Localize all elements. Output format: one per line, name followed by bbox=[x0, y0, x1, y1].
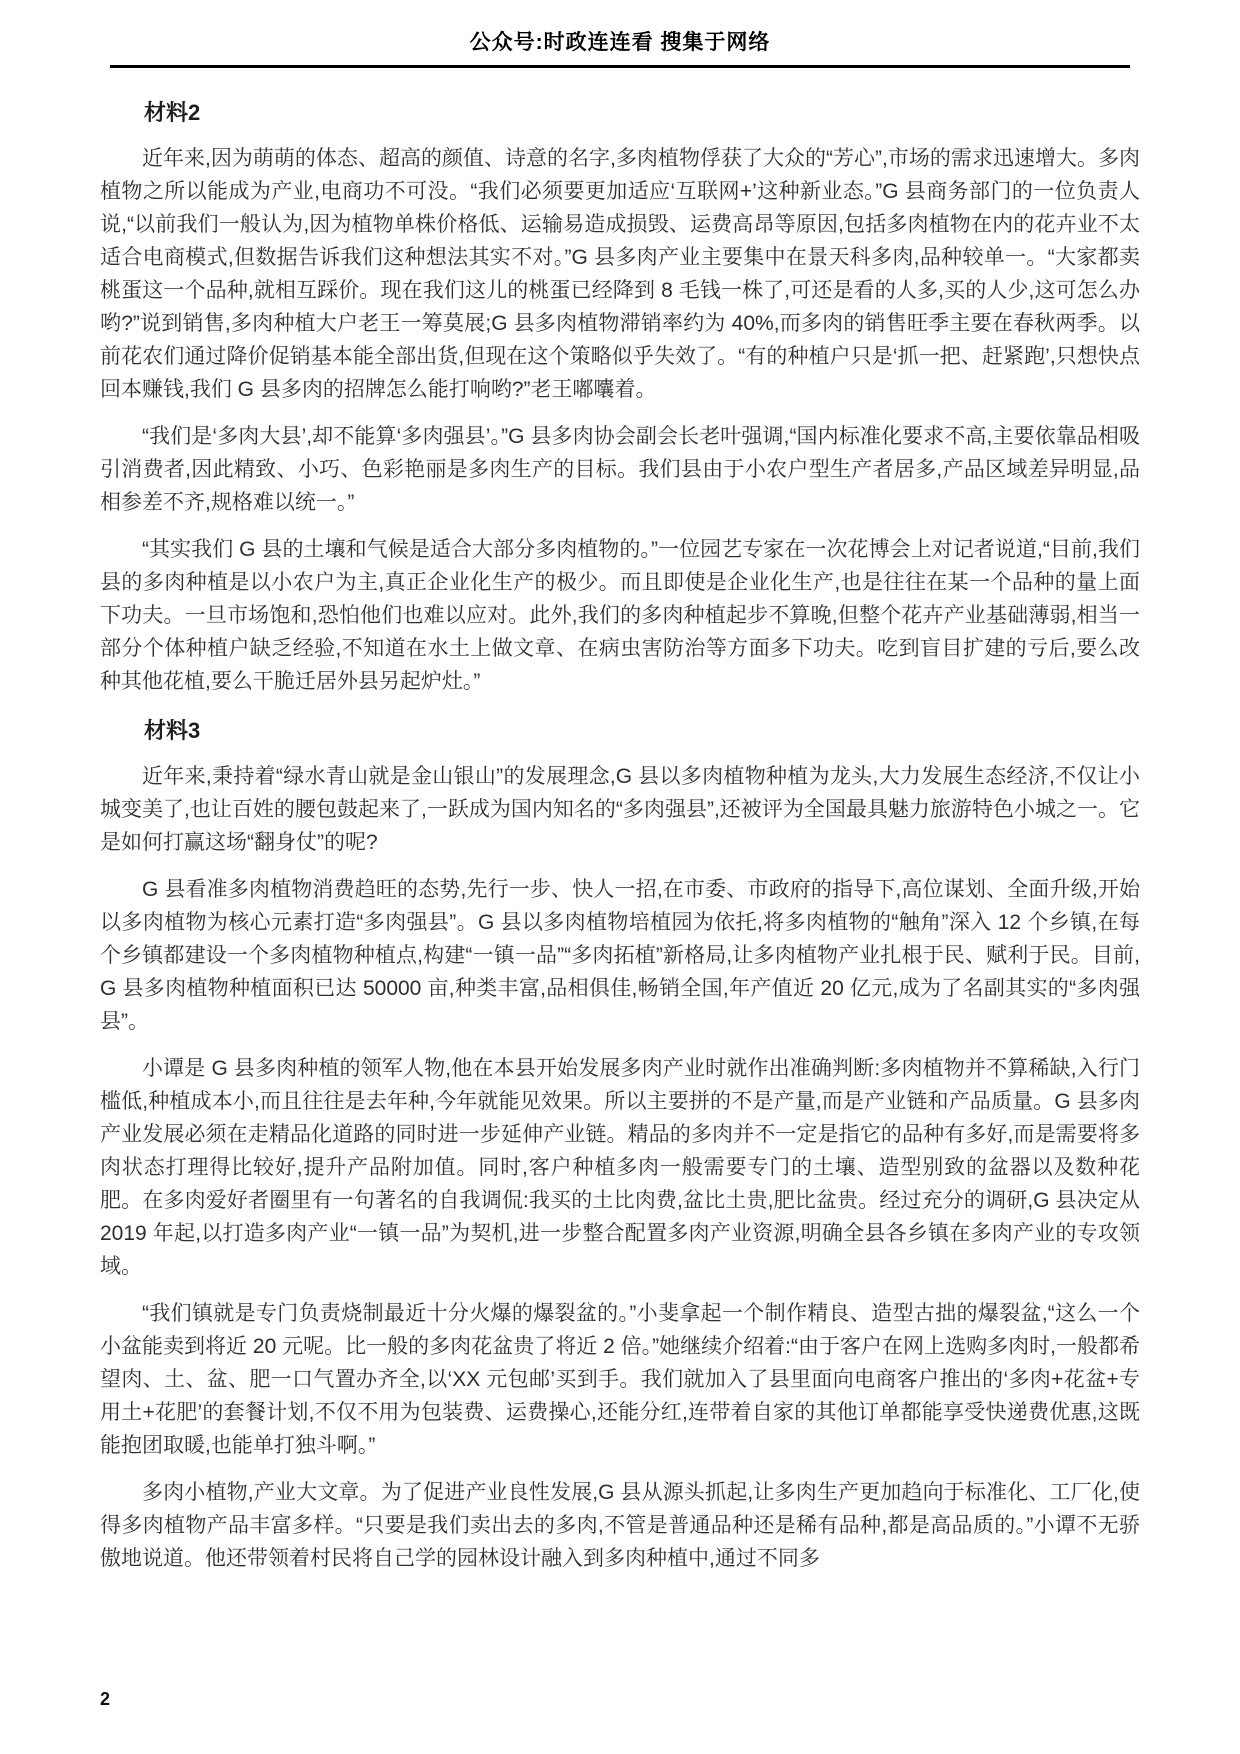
material-3-paragraph-4: “我们镇就是专门负责烧制最近十分火爆的爆裂盆的。”小斐拿起一个制作精良、造型古拙… bbox=[100, 1297, 1140, 1462]
material-3-paragraph-1: 近年来,秉持着“绿水青山就是金山银山”的发展理念,G 县以多肉植物种植为龙头,大… bbox=[100, 760, 1140, 859]
document-page: 公众号:时政连连看 搜集于网络 材料2 近年来,因为萌萌的体态、超高的颜值、诗意… bbox=[0, 0, 1240, 1754]
section-heading-material-3: 材料3 bbox=[100, 714, 1140, 747]
material-3-paragraph-3: 小谭是 G 县多肉种植的领军人物,他在本县开始发展多肉产业时就作出准确判断:多肉… bbox=[100, 1052, 1140, 1283]
material-3-paragraph-5: 多肉小植物,产业大文章。为了促进产业良性发展,G 县从源头抓起,让多肉生产更加趋… bbox=[100, 1476, 1140, 1575]
header-title: 公众号:时政连连看 搜集于网络 bbox=[0, 26, 1240, 56]
section-heading-material-2: 材料2 bbox=[100, 96, 1140, 129]
page-header: 公众号:时政连连看 搜集于网络 bbox=[0, 0, 1240, 68]
material-2-paragraph-1: 近年来,因为萌萌的体态、超高的颜值、诗意的名字,多肉植物俘获了大众的“芳心”,市… bbox=[100, 142, 1140, 406]
material-3-paragraph-2: G 县看准多肉植物消费趋旺的态势,先行一步、快人一招,在市委、市政府的指导下,高… bbox=[100, 873, 1140, 1038]
document-body: 材料2 近年来,因为萌萌的体态、超高的颜值、诗意的名字,多肉植物俘获了大众的“芳… bbox=[0, 68, 1240, 1575]
material-2-paragraph-2: “我们是‘多肉大县’,却不能算‘多肉强县’。”G 县多肉协会副会长老叶强调,“国… bbox=[100, 420, 1140, 519]
material-2-paragraph-3: “其实我们 G 县的土壤和气候是适合大部分多肉植物的。”一位园艺专家在一次花博会… bbox=[100, 533, 1140, 698]
page-number: 2 bbox=[100, 1689, 110, 1710]
